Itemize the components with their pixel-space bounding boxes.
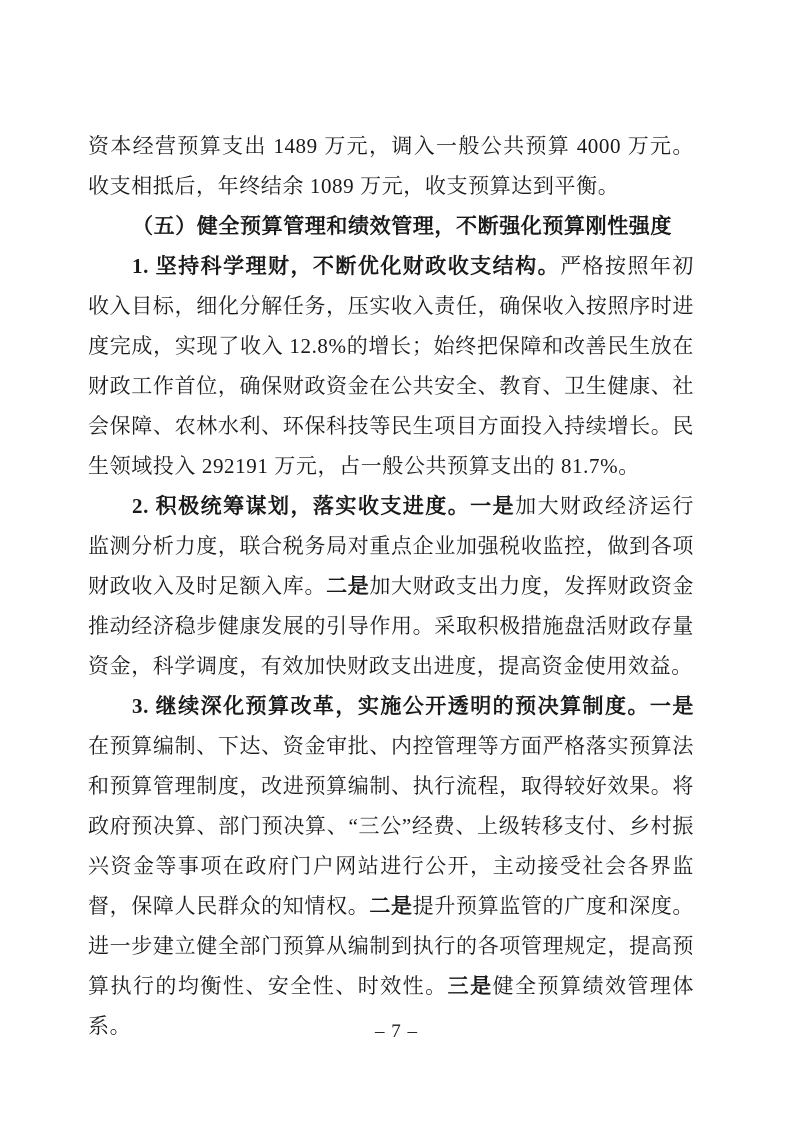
page-number: – 7 –	[0, 1021, 793, 1043]
para-point-2: 2. 积极统筹谋划，落实收支进度。一是加大财政经济运行监测分析力度，联合税务局对…	[88, 486, 694, 686]
bold-text-run: 2. 积极统筹谋划，落实收支进度。一是	[132, 494, 515, 518]
para-point-3: 3. 继续深化预算改革，实施公开透明的预决算制度。一是在预算编制、下达、资金审批…	[88, 686, 694, 1046]
heading-section-5: （五）健全预算管理和绩效管理，不断强化预算刚性强度	[88, 206, 694, 246]
text-run: 资本经营预算支出 1489 万元，调入一般公共预算 4000 万元。收支相抵后，…	[88, 134, 694, 198]
bold-text-run: 3. 继续深化预算改革，实施公开透明的预决算制度。一是	[132, 694, 694, 718]
para-point-1: 1. 坚持科学理财，不断优化财政收支结构。严格按照年初收入目标，细化分解任务，压…	[88, 246, 694, 486]
para-continuation: 资本经营预算支出 1489 万元，调入一般公共预算 4000 万元。收支相抵后，…	[88, 126, 694, 206]
text-run: 严格按照年初收入目标，细化分解任务，压实收入责任，确保收入按照序时进度完成，实现…	[88, 254, 694, 478]
bold-text-run: 二是	[326, 574, 369, 598]
document-page: 资本经营预算支出 1489 万元，调入一般公共预算 4000 万元。收支相抵后，…	[0, 0, 793, 1122]
document-body: 资本经营预算支出 1489 万元，调入一般公共预算 4000 万元。收支相抵后，…	[88, 126, 694, 1046]
bold-text-run: 三是	[448, 974, 493, 998]
bold-text-run: （五）健全预算管理和绩效管理，不断强化预算刚性强度	[132, 214, 672, 238]
bold-text-run: 二是	[369, 894, 412, 918]
text-run: 在预算编制、下达、资金审批、内控管理等方面严格落实预算法和预算管理制度，改进预算…	[88, 734, 694, 918]
bold-text-run: 1. 坚持科学理财，不断优化财政收支结构。	[132, 254, 560, 278]
